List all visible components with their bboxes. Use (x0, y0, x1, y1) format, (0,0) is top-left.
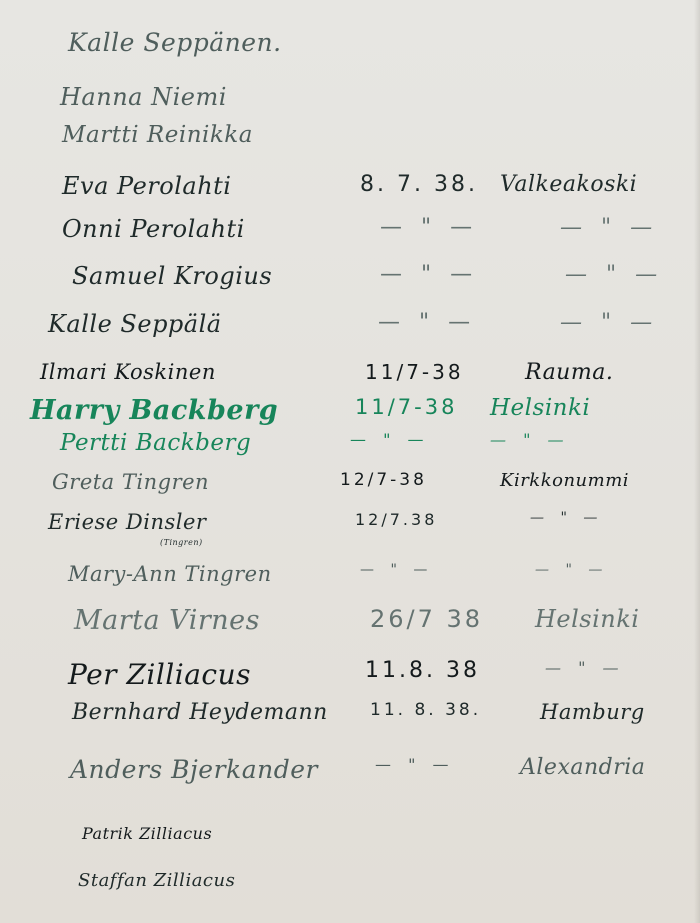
signature-name: Marta Virnes (74, 605, 260, 636)
visit-place: Helsinki (490, 395, 590, 421)
visit-date-ditto: — " — (360, 562, 433, 578)
page-edge-shadow (694, 0, 700, 923)
visit-place: Rauma. (525, 360, 613, 385)
signature-name: Harry Backberg (30, 395, 278, 426)
visit-date: 11. 8. 38. (370, 700, 481, 720)
visit-date: 11/7-38 (355, 395, 457, 419)
visit-place: Kirkkonummi (500, 470, 629, 491)
signature-maiden-name-note: (Tingren) (160, 538, 203, 547)
visit-place-ditto: — " — (565, 262, 663, 287)
signature-name: Per Zilliacus (68, 658, 251, 691)
signature-name: Greta Tingren (52, 470, 209, 494)
visit-place-ditto: — " — (560, 310, 658, 335)
visit-place: Valkeakoski (500, 172, 637, 197)
signature-name: Eriese Dinsler (48, 510, 206, 534)
guestbook-page: Kalle Seppänen. Hanna Niemi Martti Reini… (0, 0, 700, 923)
signature-name: Onni Perolahti (62, 215, 245, 243)
visit-date: 11/7-38 (365, 360, 464, 384)
visit-place: Hamburg (540, 700, 645, 724)
visit-place-ditto: — " — (535, 562, 608, 578)
signature-name: Kalle Seppänen. (68, 28, 282, 57)
visit-date: 26/7 38 (370, 605, 483, 633)
signature-name: Kalle Seppälä (48, 310, 222, 338)
visit-place-ditto: — " — (560, 215, 658, 240)
visit-date: 11.8. 38 (365, 658, 480, 683)
signature-name: Pertti Backberg (60, 430, 251, 456)
visit-date-ditto: — " — (375, 755, 455, 774)
visit-place-ditto: — " — (490, 430, 570, 449)
visit-place: Alexandria (520, 755, 645, 780)
visit-date: 8. 7. 38. (360, 172, 478, 197)
signature-name: Mary-Ann Tingren (68, 562, 272, 586)
signature-name: Anders Bjerkander (70, 755, 318, 784)
signature-name: Eva Perolahti (62, 172, 231, 200)
visit-date-ditto: — " — (350, 430, 430, 449)
visit-date: 12/7-38 (340, 470, 427, 490)
visit-place-ditto: — " — (530, 510, 603, 526)
visit-date-ditto: — " — (380, 262, 478, 287)
signature-name: Ilmari Koskinen (40, 360, 216, 384)
signature-name: Martti Reinikka (62, 122, 253, 148)
signature-name: Patrik Zilliacus (82, 824, 212, 843)
signature-name: Staffan Zilliacus (78, 870, 235, 891)
signature-name: Bernhard Heydemann (72, 700, 328, 725)
signature-name: Hanna Niemi (60, 83, 227, 111)
visit-place-ditto: — " — (545, 658, 625, 677)
visit-date-ditto: — " — (380, 215, 478, 240)
signature-name: Samuel Krogius (72, 262, 272, 290)
visit-place: Helsinki (535, 605, 639, 633)
visit-date: 12/7.38 (355, 510, 437, 529)
visit-date-ditto: — " — (378, 310, 476, 335)
